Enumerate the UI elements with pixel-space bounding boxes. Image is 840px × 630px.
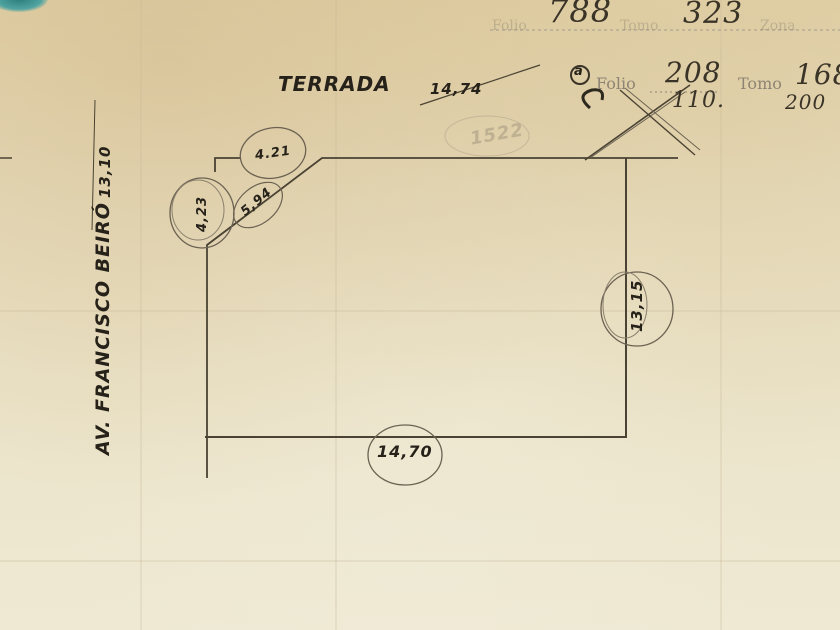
registry-folio-label: Folio	[596, 74, 636, 93]
registry-tomo-value: 168	[795, 58, 840, 91]
street-measure-left: 13,10	[96, 146, 114, 198]
registry-marker: a	[574, 64, 584, 79]
registry-second-left: 110.	[672, 88, 725, 113]
street-measure-top: 14,74	[430, 80, 482, 98]
registry-tomo-label: Tomo	[738, 74, 782, 93]
printed-zona-label: Zona	[760, 18, 796, 34]
street-name-left: AV. FRANCISCO BEIRÓ	[92, 202, 114, 455]
measure-right-side: 13,15	[628, 280, 646, 332]
printed-folio-label: Folio	[492, 18, 527, 34]
measure-left-chamfer: 4,23	[195, 196, 210, 232]
printed-tomo-label: Tomo	[620, 18, 658, 34]
registry-second-right: 200	[785, 90, 826, 114]
top-tomo-number: 323	[683, 0, 743, 31]
top-folio-number: 788	[548, 0, 612, 30]
street-name-top: TERRADA	[278, 72, 391, 96]
scanned-document: Folio Tomo Zona 788 323 TERRADA 14,74 AV…	[0, 0, 840, 630]
registry-folio-value: 208	[665, 56, 721, 89]
measure-bottom-side: 14,70	[377, 442, 433, 461]
